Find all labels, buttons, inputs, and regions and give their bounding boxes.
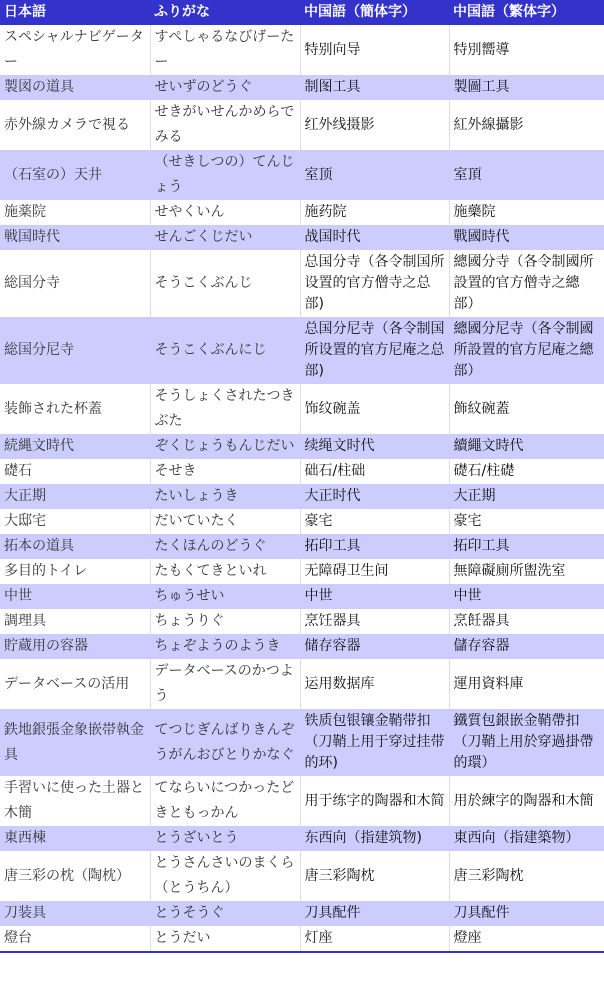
- cell-chinese-simplified: 础石/柱础: [300, 459, 449, 484]
- table-row: 中世ちゅうせい中世中世: [0, 584, 604, 609]
- cell-furigana: そうしょくされたつきぶた: [150, 384, 300, 434]
- header-chinese-simplified: 中国語（簡体字）: [300, 0, 449, 25]
- cell-japanese: 中世: [0, 584, 150, 609]
- cell-chinese-simplified: 饰纹碗盖: [300, 384, 449, 434]
- table-row: 装飾された杯蓋そうしょくされたつきぶた饰纹碗盖飾紋碗蓋: [0, 384, 604, 434]
- cell-furigana: ちょぞようのようき: [150, 634, 300, 659]
- header-furigana: ふりがな: [150, 0, 300, 25]
- table-header: 日本語 ふりがな 中国語（簡体字） 中国語（繁体字）: [0, 0, 604, 25]
- table-row: 調理具ちょうりぐ烹饪器具烹飪器具: [0, 609, 604, 634]
- cell-chinese-traditional: 鐵質包銀嵌金鞘帶扣（刀鞘上用於穿過掛帶的環）: [449, 709, 604, 776]
- table-row: 拓本の道具たくほんのどうぐ拓印工具拓印工具: [0, 534, 604, 559]
- cell-furigana: てつじぎんばりきんぞうがんおびとりかなぐ: [150, 709, 300, 776]
- cell-chinese-traditional: 運用資料庫: [449, 659, 604, 709]
- cell-chinese-traditional: 總國分寺（各令制國所設置的官方僧寺之總部）: [449, 250, 604, 317]
- cell-chinese-traditional: 刀具配件: [449, 901, 604, 926]
- cell-chinese-traditional: 戰國時代: [449, 225, 604, 250]
- cell-chinese-traditional: 豪宅: [449, 509, 604, 534]
- cell-japanese: スペシャルナビゲーター: [0, 25, 150, 75]
- cell-chinese-simplified: 用于练字的陶器和木简: [300, 776, 449, 826]
- cell-chinese-traditional: 無障礙廁所盥洗室: [449, 559, 604, 584]
- cell-furigana: とうざいとう: [150, 826, 300, 851]
- cell-chinese-simplified: 刀具配件: [300, 901, 449, 926]
- cell-japanese: 唐三彩の枕（陶枕）: [0, 851, 150, 901]
- cell-chinese-traditional: 東西向（指建築物）: [449, 826, 604, 851]
- cell-furigana: せいずのどうぐ: [150, 75, 300, 100]
- vocabulary-table: 日本語 ふりがな 中国語（簡体字） 中国語（繁体字） スペシャルナビゲーターすぺ…: [0, 0, 604, 953]
- table-row: 大邸宅だいていたく豪宅豪宅: [0, 509, 604, 534]
- cell-chinese-simplified: 灯座: [300, 926, 449, 952]
- cell-chinese-traditional: 礎石/柱礎: [449, 459, 604, 484]
- table-row: 多目的トイレたもくてきといれ无障碍卫生间無障礙廁所盥洗室: [0, 559, 604, 584]
- table-row: 赤外線カメラで視るせきがいせんかめらでみる红外线摄影紅外線攝影: [0, 100, 604, 150]
- cell-chinese-simplified: 红外线摄影: [300, 100, 449, 150]
- cell-chinese-simplified: 大正时代: [300, 484, 449, 509]
- cell-furigana: せやくいん: [150, 200, 300, 225]
- table-row: 東西棟とうざいとう东西向（指建筑物)東西向（指建築物）: [0, 826, 604, 851]
- table-row: 鉄地銀張金象嵌帯執金具てつじぎんばりきんぞうがんおびとりかなぐ铁质包银镶金鞘带扣…: [0, 709, 604, 776]
- cell-japanese: 大邸宅: [0, 509, 150, 534]
- cell-chinese-simplified: 拓印工具: [300, 534, 449, 559]
- cell-chinese-traditional: 紅外線攝影: [449, 100, 604, 150]
- cell-chinese-traditional: 儲存容器: [449, 634, 604, 659]
- table-row: 礎石そせき础石/柱础礎石/柱礎: [0, 459, 604, 484]
- table-row: （石室の）天井（せきしつの）てんじょう室顶室頂: [0, 150, 604, 200]
- cell-furigana: だいていたく: [150, 509, 300, 534]
- cell-furigana: ぞくじょうもんじだい: [150, 434, 300, 459]
- cell-furigana: データベースのかつよう: [150, 659, 300, 709]
- cell-chinese-simplified: 特别向导: [300, 25, 449, 75]
- cell-japanese: （石室の）天井: [0, 150, 150, 200]
- table-row: 手習いに使った土器と木簡てならいにつかったどきともっかん用于练字的陶器和木简用於…: [0, 776, 604, 826]
- header-japanese: 日本語: [0, 0, 150, 25]
- cell-japanese: データベースの活用: [0, 659, 150, 709]
- cell-furigana: たくほんのどうぐ: [150, 534, 300, 559]
- cell-chinese-simplified: 无障碍卫生间: [300, 559, 449, 584]
- table-row: 大正期たいしょうき大正时代大正期: [0, 484, 604, 509]
- cell-chinese-traditional: 續繩文時代: [449, 434, 604, 459]
- cell-furigana: すぺしゃるなびげーたー: [150, 25, 300, 75]
- cell-japanese: 手習いに使った土器と木簡: [0, 776, 150, 826]
- cell-chinese-simplified: 运用数据库: [300, 659, 449, 709]
- header-chinese-traditional: 中国語（繁体字）: [449, 0, 604, 25]
- table-row: 貯蔵用の容器ちょぞようのようき储存容器儲存容器: [0, 634, 604, 659]
- cell-chinese-simplified: 东西向（指建筑物): [300, 826, 449, 851]
- cell-chinese-simplified: 储存容器: [300, 634, 449, 659]
- table-row: スペシャルナビゲーターすぺしゃるなびげーたー特别向导特別嚮導: [0, 25, 604, 75]
- table-row: 総国分寺そうこくぶんじ总国分寺（各令制国所设置的官方僧寺之总部)總國分寺（各令制…: [0, 250, 604, 317]
- cell-chinese-traditional: 總國分尼寺（各令制國所設置的官方尼庵之總部）: [449, 317, 604, 384]
- cell-chinese-traditional: 施藥院: [449, 200, 604, 225]
- cell-japanese: 総国分寺: [0, 250, 150, 317]
- cell-japanese: 戦国時代: [0, 225, 150, 250]
- cell-chinese-simplified: 战国时代: [300, 225, 449, 250]
- cell-chinese-simplified: 总国分寺（各令制国所设置的官方僧寺之总部): [300, 250, 449, 317]
- cell-furigana: そうこくぶんにじ: [150, 317, 300, 384]
- cell-chinese-simplified: 续绳文时代: [300, 434, 449, 459]
- cell-chinese-simplified: 制图工具: [300, 75, 449, 100]
- cell-japanese: 礎石: [0, 459, 150, 484]
- table-row: 続縄文時代ぞくじょうもんじだい续绳文时代續繩文時代: [0, 434, 604, 459]
- cell-chinese-traditional: 中世: [449, 584, 604, 609]
- cell-furigana: ちゅうせい: [150, 584, 300, 609]
- cell-chinese-traditional: 用於練字的陶器和木簡: [449, 776, 604, 826]
- cell-japanese: 大正期: [0, 484, 150, 509]
- table-row: データベースの活用データベースのかつよう运用数据库運用資料庫: [0, 659, 604, 709]
- cell-japanese: 多目的トイレ: [0, 559, 150, 584]
- cell-japanese: 装飾された杯蓋: [0, 384, 150, 434]
- table-row: 製図の道具せいずのどうぐ制图工具製圖工具: [0, 75, 604, 100]
- cell-furigana: そせき: [150, 459, 300, 484]
- cell-furigana: そうこくぶんじ: [150, 250, 300, 317]
- cell-chinese-traditional: 燈座: [449, 926, 604, 952]
- cell-chinese-simplified: 室顶: [300, 150, 449, 200]
- table-row: 唐三彩の枕（陶枕）とうさんさいのまくら（とうちん）唐三彩陶枕唐三彩陶枕: [0, 851, 604, 901]
- cell-japanese: 続縄文時代: [0, 434, 150, 459]
- cell-furigana: （せきしつの）てんじょう: [150, 150, 300, 200]
- cell-chinese-traditional: 拓印工具: [449, 534, 604, 559]
- table-row: 刀装具とうそうぐ刀具配件刀具配件: [0, 901, 604, 926]
- cell-furigana: とうだい: [150, 926, 300, 952]
- cell-chinese-simplified: 总国分尼寺（各令制国所设置的官方尼庵之总部): [300, 317, 449, 384]
- cell-chinese-simplified: 豪宅: [300, 509, 449, 534]
- table-body: スペシャルナビゲーターすぺしゃるなびげーたー特别向导特別嚮導製図の道具せいずのど…: [0, 25, 604, 952]
- cell-chinese-traditional: 特別嚮導: [449, 25, 604, 75]
- cell-japanese: 総国分尼寺: [0, 317, 150, 384]
- table-row: 総国分尼寺そうこくぶんにじ总国分尼寺（各令制国所设置的官方尼庵之总部)總國分尼寺…: [0, 317, 604, 384]
- cell-furigana: たいしょうき: [150, 484, 300, 509]
- cell-japanese: 鉄地銀張金象嵌帯執金具: [0, 709, 150, 776]
- cell-chinese-traditional: 室頂: [449, 150, 604, 200]
- cell-furigana: とうさんさいのまくら（とうちん）: [150, 851, 300, 901]
- cell-furigana: せきがいせんかめらでみる: [150, 100, 300, 150]
- cell-chinese-traditional: 大正期: [449, 484, 604, 509]
- cell-furigana: せんごくじだい: [150, 225, 300, 250]
- table-row: 燈台とうだい灯座燈座: [0, 926, 604, 952]
- cell-chinese-traditional: 烹飪器具: [449, 609, 604, 634]
- table-row: 施薬院せやくいん施药院施藥院: [0, 200, 604, 225]
- cell-furigana: とうそうぐ: [150, 901, 300, 926]
- cell-japanese: 燈台: [0, 926, 150, 952]
- cell-japanese: 貯蔵用の容器: [0, 634, 150, 659]
- cell-furigana: ちょうりぐ: [150, 609, 300, 634]
- cell-furigana: たもくてきといれ: [150, 559, 300, 584]
- cell-furigana: てならいにつかったどきともっかん: [150, 776, 300, 826]
- cell-chinese-traditional: 飾紋碗蓋: [449, 384, 604, 434]
- cell-japanese: 赤外線カメラで視る: [0, 100, 150, 150]
- cell-chinese-simplified: 唐三彩陶枕: [300, 851, 449, 901]
- cell-chinese-simplified: 烹饪器具: [300, 609, 449, 634]
- cell-chinese-simplified: 中世: [300, 584, 449, 609]
- cell-japanese: 施薬院: [0, 200, 150, 225]
- cell-japanese: 刀装具: [0, 901, 150, 926]
- cell-chinese-simplified: 施药院: [300, 200, 449, 225]
- cell-chinese-traditional: 製圖工具: [449, 75, 604, 100]
- cell-japanese: 東西棟: [0, 826, 150, 851]
- header-row: 日本語 ふりがな 中国語（簡体字） 中国語（繁体字）: [0, 0, 604, 25]
- cell-chinese-traditional: 唐三彩陶枕: [449, 851, 604, 901]
- table-row: 戦国時代せんごくじだい战国时代戰國時代: [0, 225, 604, 250]
- cell-japanese: 調理具: [0, 609, 150, 634]
- cell-japanese: 拓本の道具: [0, 534, 150, 559]
- cell-japanese: 製図の道具: [0, 75, 150, 100]
- cell-chinese-simplified: 铁质包银镶金鞘带扣（刀鞘上用于穿过挂带的环): [300, 709, 449, 776]
